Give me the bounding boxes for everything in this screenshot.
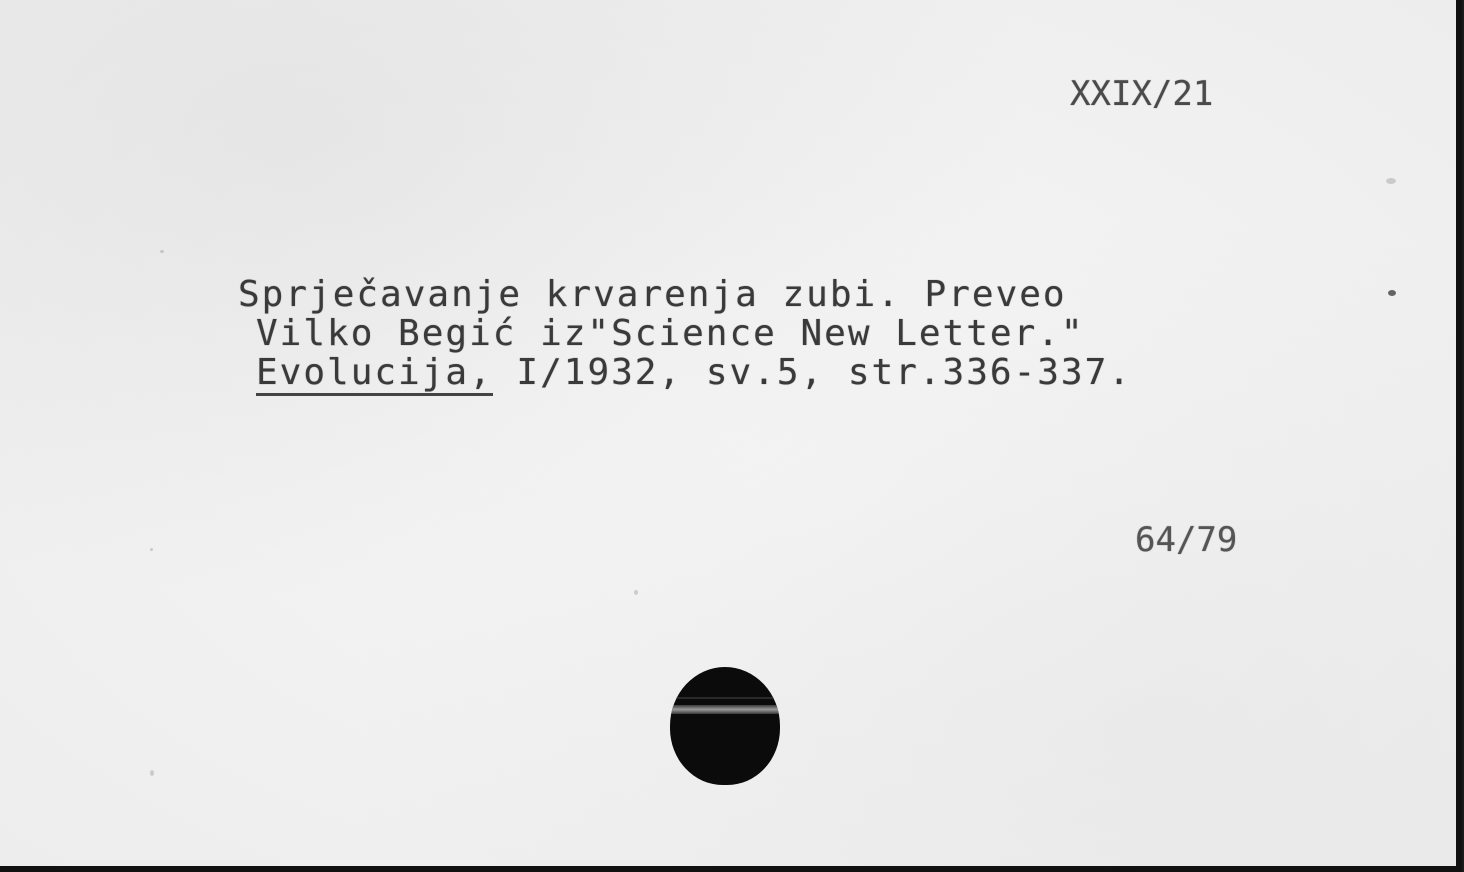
entry-translator-line: Vilko Begić iz"Science New Letter." (256, 315, 1085, 353)
entry-title-line: Sprječavanje krvarenja zubi. Preveo (238, 276, 1067, 314)
call-number: XXIX/21 (1070, 74, 1213, 114)
paper-speck (634, 590, 638, 595)
paper-speck (1388, 290, 1396, 296)
entry-source-line: Evolucija, I/1932, sv.5, str.336-337. (256, 354, 1132, 392)
journal-citation: I/1932, sv.5, str.336-337. (493, 352, 1132, 393)
inventory-number: 64/79 (1135, 520, 1237, 560)
catalog-card: XXIX/21 Sprječavanje krvarenja zubi. Pre… (0, 0, 1462, 872)
paper-speck (150, 770, 154, 776)
punch-hole (670, 667, 780, 785)
journal-title: Evolucija, (256, 352, 493, 396)
rod-reflection (670, 705, 780, 714)
paper-speck (150, 548, 153, 551)
paper-speck (160, 250, 164, 253)
paper-speck (1386, 178, 1396, 184)
